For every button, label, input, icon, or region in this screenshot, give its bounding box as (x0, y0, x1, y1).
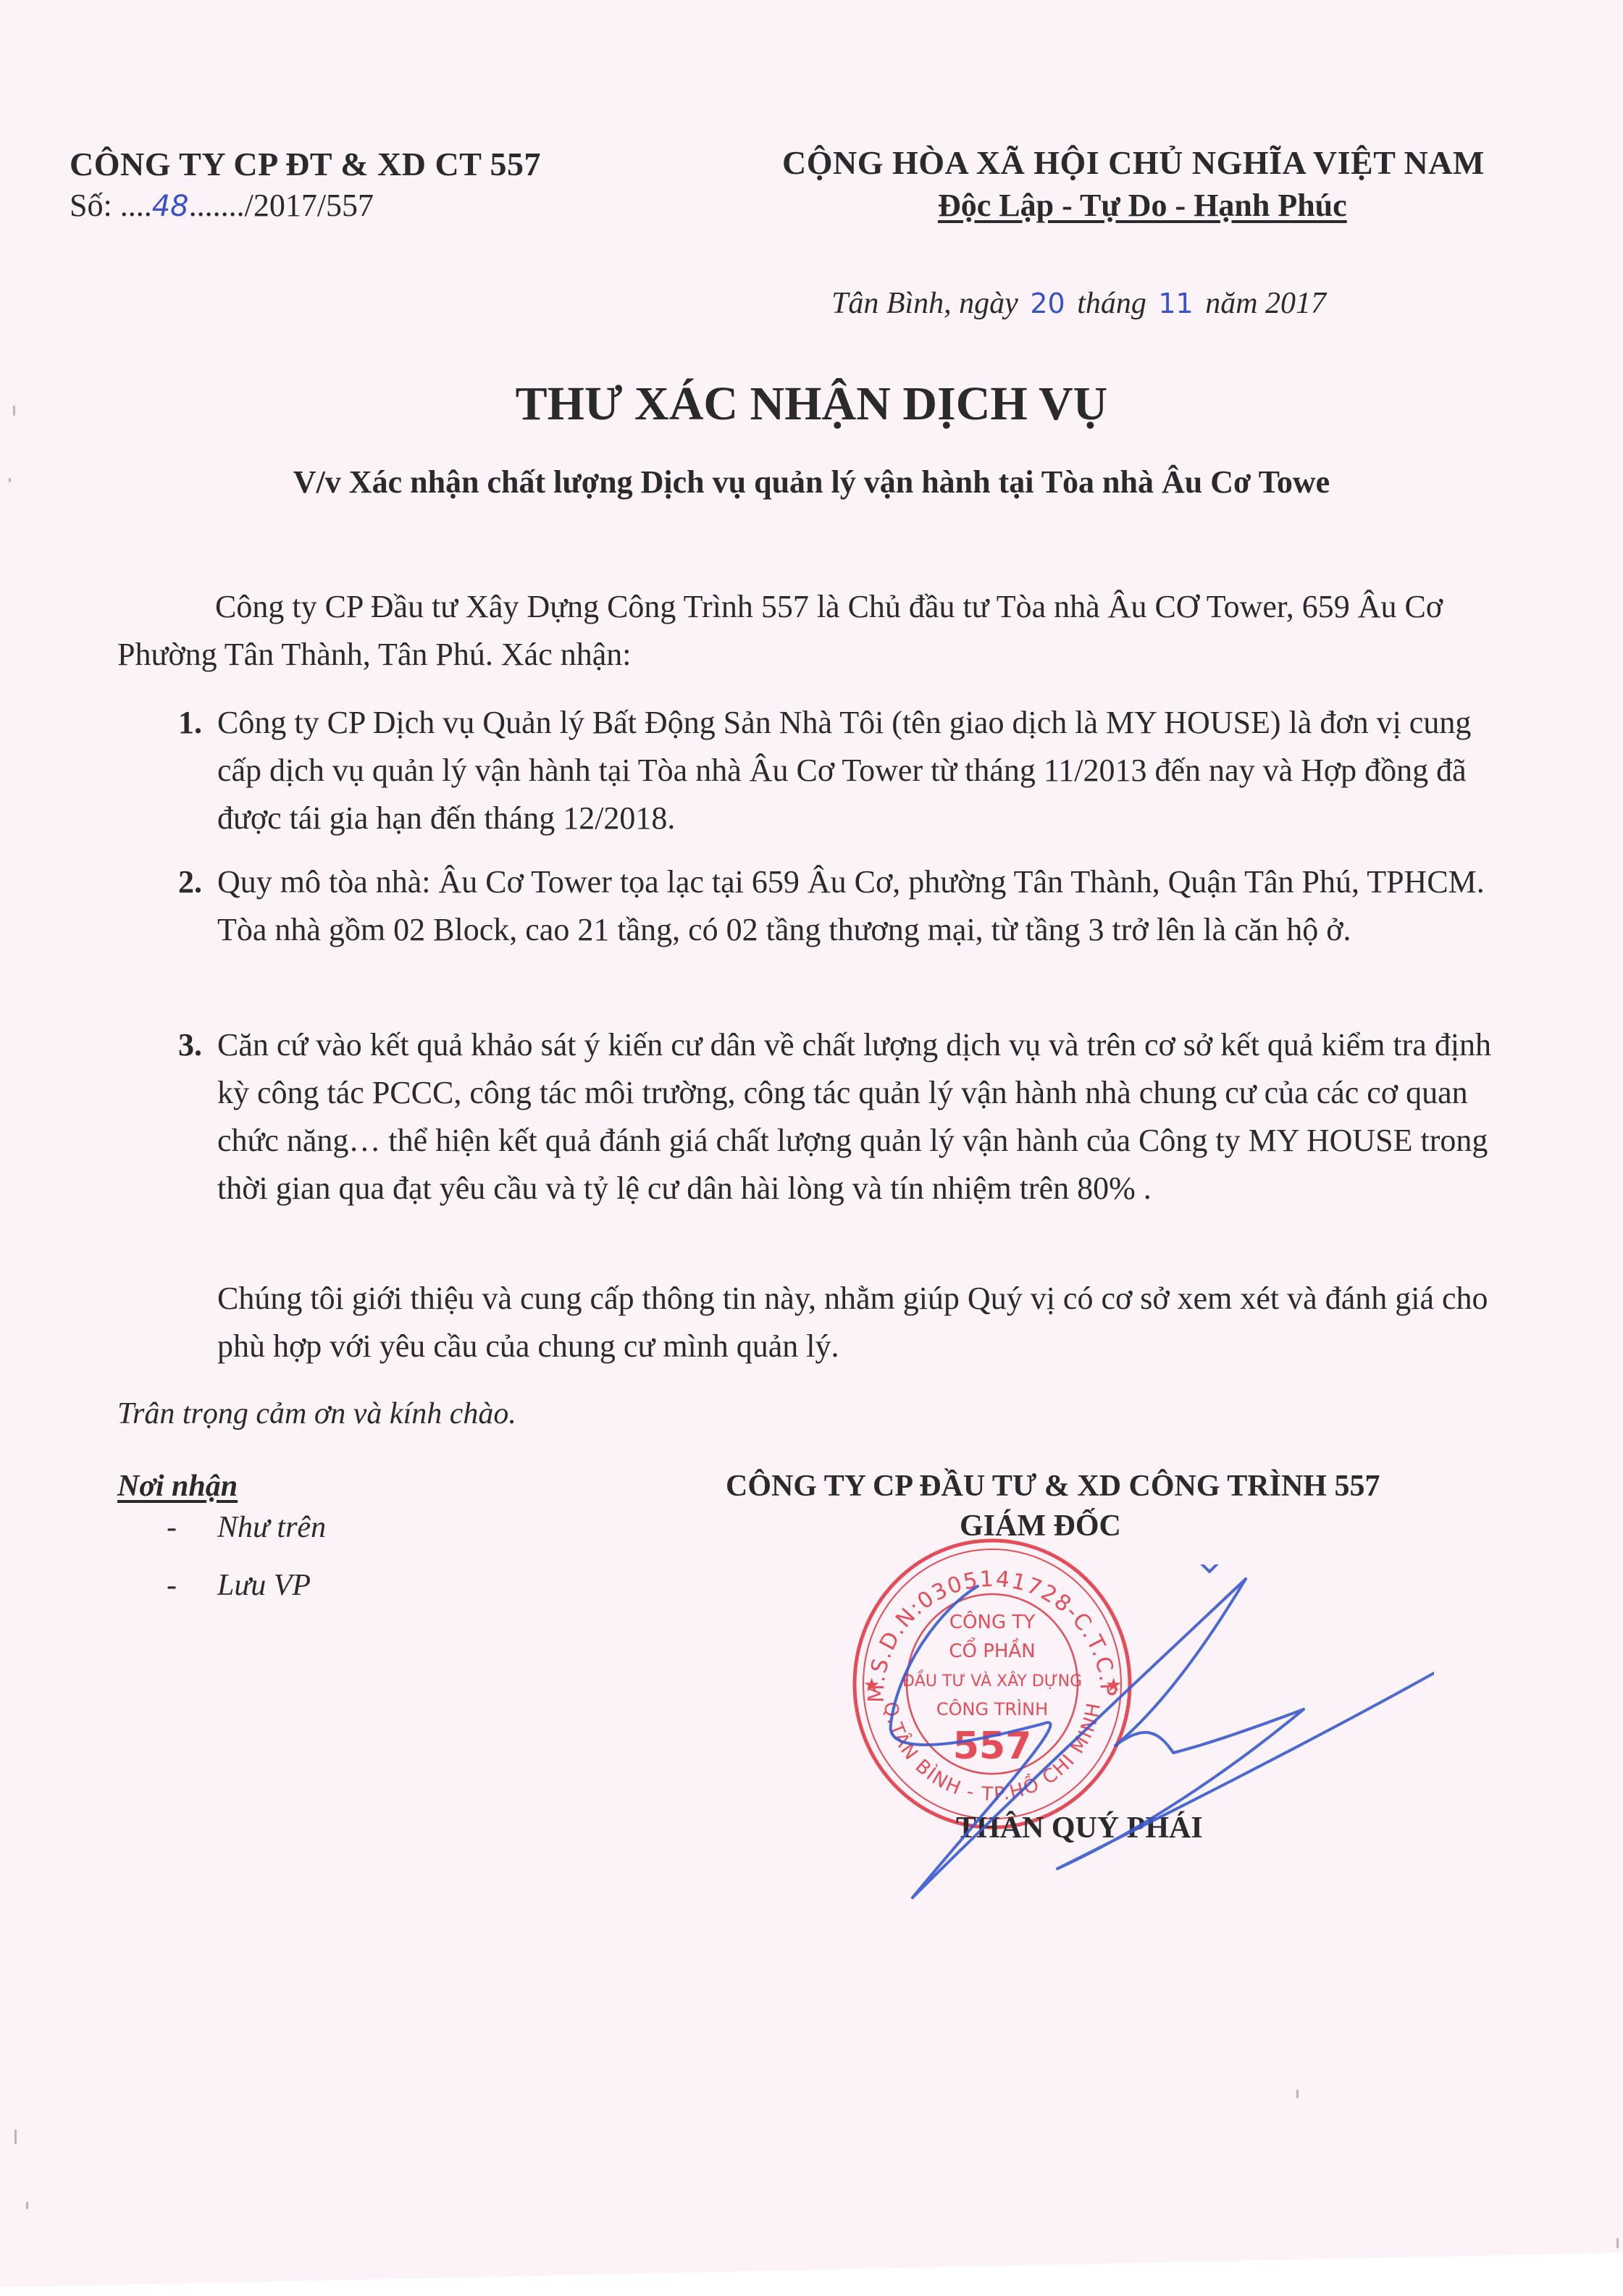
month-handwritten: 11 (1154, 288, 1197, 319)
doc-number-suffix: ......./2017/557 (189, 188, 374, 223)
list-item-text: Công ty CP Dịch vụ Quản lý Bất Động Sản … (217, 705, 1471, 836)
list-item: 1. Công ty CP Dịch vụ Quản lý Bất Động S… (217, 699, 1510, 842)
list-item-number: 3. (178, 1021, 202, 1069)
intro-paragraph: Công ty CP Đầu tư Xây Dựng Công Trình 55… (117, 583, 1515, 679)
recipient-item: -Lưu VP (167, 1568, 311, 1603)
scan-speck (14, 2129, 17, 2144)
page-bottom-edge (0, 2253, 1623, 2296)
list-item: 3. Căn cứ vào kết quả khảo sát ý kiến cư… (217, 1021, 1510, 1212)
scan-speck (26, 2202, 28, 2209)
regards-line: Trân trọng cảm ơn và kính chào. (117, 1396, 516, 1431)
document-subject: V/v Xác nhận chất lượng Dịch vụ quản lý … (0, 464, 1623, 500)
sender-company-short: CÔNG TY CP ĐT & XD CT 557 (70, 145, 541, 183)
document-title: THƯ XÁC NHẬN DỊCH VỤ (0, 377, 1623, 432)
bullet-dash: - (167, 1510, 217, 1545)
document-number: Số: ....48......./2017/557 (70, 187, 374, 224)
scan-speck (1296, 2090, 1299, 2098)
list-item-number: 2. (178, 858, 202, 906)
national-motto: Độc Lập - Tự Do - Hạnh Phúc (938, 187, 1347, 224)
scan-speck (13, 406, 15, 416)
list-item-number: 1. (178, 699, 202, 747)
list-item: 2. Quy mô tòa nhà: Âu Cơ Tower tọa lạc t… (217, 858, 1510, 954)
day-handwritten: 20 (1026, 288, 1069, 319)
national-title: CỘNG HÒA XÃ HỘI CHỦ NGHĨA VIỆT NAM (782, 143, 1485, 182)
recipient-text: Như trên (217, 1511, 326, 1544)
scan-speck (9, 478, 11, 482)
recipients-label: Nơi nhận (117, 1469, 238, 1504)
recipient-text: Lưu VP (217, 1569, 311, 1602)
scan-speck (1616, 2238, 1619, 2248)
place-label: Tân Bình, ngày (831, 287, 1018, 320)
handwritten-signature-icon (869, 1564, 1434, 1941)
signer-company: CÔNG TY CP ĐẦU TƯ & XD CÔNG TRÌNH 557 (726, 1469, 1380, 1504)
closing-paragraph: Chúng tôi giới thiệu và cung cấp thông t… (217, 1275, 1521, 1370)
doc-number-prefix: Số: .... (70, 188, 152, 223)
month-label: tháng (1077, 287, 1146, 320)
place-date-line: Tân Bình, ngày 20 tháng 11 năm 2017 (831, 286, 1326, 321)
bullet-dash: - (167, 1568, 217, 1603)
list-item-text: Quy mô tòa nhà: Âu Cơ Tower tọa lạc tại … (217, 864, 1485, 947)
doc-number-handwritten: 48 (152, 190, 189, 223)
year-label: năm 2017 (1205, 287, 1326, 320)
list-item-text: Căn cứ vào kết quả khảo sát ý kiến cư dâ… (217, 1027, 1491, 1206)
recipient-item: -Như trên (167, 1510, 326, 1545)
